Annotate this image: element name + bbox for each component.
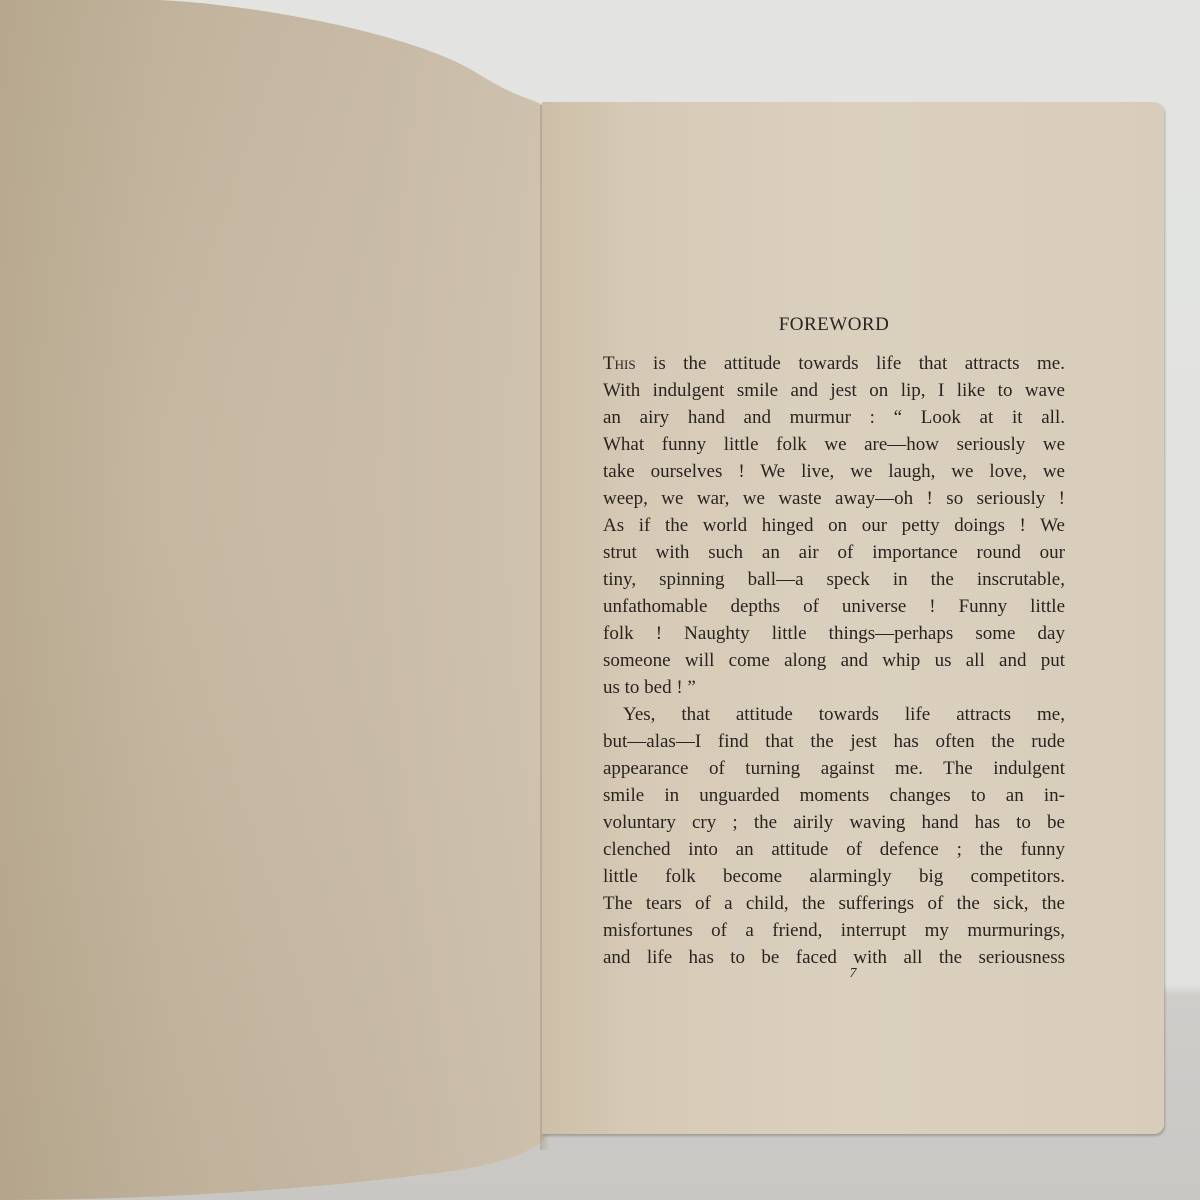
text-line: strut with such an air of importance rou… — [603, 539, 1065, 566]
left-page-blank — [0, 0, 545, 1200]
right-page: FOREWORD This is the attitude towards li… — [542, 102, 1164, 1134]
text-line: smile in unguarded moments changes to an… — [603, 782, 1065, 809]
text-line: folk ! Naughty little things—perhaps som… — [603, 620, 1065, 647]
text-line: appearance of turning against me. The in… — [603, 755, 1065, 782]
page-text-block: FOREWORD This is the attitude towards li… — [603, 314, 1065, 971]
paragraph-2: Yes, that attitude towards life attracts… — [603, 701, 1065, 971]
text-line: us to bed ! ” — [603, 674, 1065, 701]
text-line: little folk become alarmingly big compet… — [603, 863, 1065, 890]
text-line: With indulgent smile and jest on lip, I … — [603, 377, 1065, 404]
paragraph-1: This is the attitude towards life that a… — [603, 350, 1065, 701]
text-line: The tears of a child, the sufferings of … — [603, 890, 1065, 917]
text-line: voluntary cry ; the airily waving hand h… — [603, 809, 1065, 836]
text-line: clenched into an attitude of defence ; t… — [603, 836, 1065, 863]
text-line: take ourselves ! We live, we laugh, we l… — [603, 458, 1065, 485]
text-line: This is the attitude towards life that a… — [603, 350, 1065, 377]
text-line: misfortunes of a friend, interrupt my mu… — [603, 917, 1065, 944]
text-line: tiny, spinning ball—a speck in the inscr… — [603, 566, 1065, 593]
drop-word: This — [603, 353, 636, 374]
text-line: weep, we war, we waste away—oh ! so seri… — [603, 485, 1065, 512]
text-line: but—alas—I find that the jest has often … — [603, 728, 1065, 755]
text-line: Yes, that attitude towards life attracts… — [603, 701, 1065, 728]
text-line: What funny little folk we are—how seriou… — [603, 431, 1065, 458]
text-line: someone will come along and whip us all … — [603, 647, 1065, 674]
text-line: As if the world hinged on our petty doin… — [603, 512, 1065, 539]
page-number: 7 — [542, 966, 1164, 982]
show-through-bleed — [602, 190, 1082, 330]
text-line: an airy hand and murmur : “ Look at it a… — [603, 404, 1065, 431]
page-heading: FOREWORD — [603, 314, 1065, 336]
text-line: unfathomable depths of universe ! Funny … — [603, 593, 1065, 620]
